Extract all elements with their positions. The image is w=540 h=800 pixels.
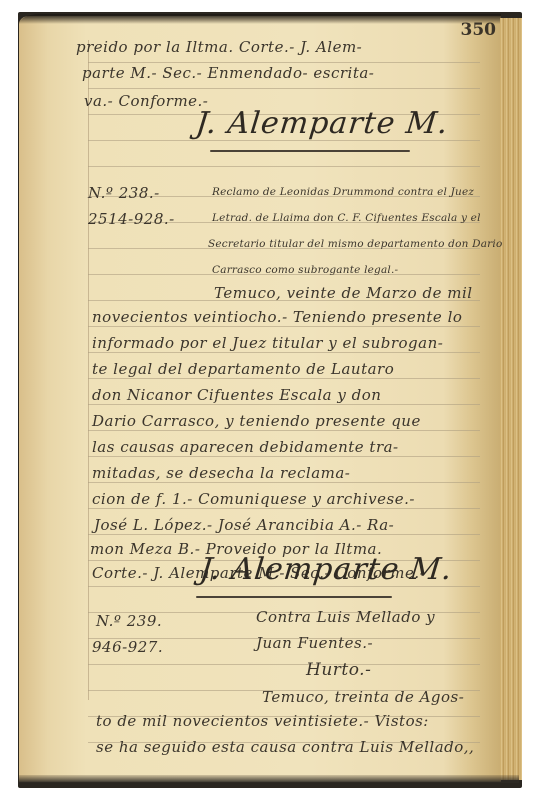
continuation-line: va.- Conforme.- [84,92,208,110]
entry-file-ref: 946-927. [92,638,163,656]
entry-body-line: don Nicanor Cifuentes Escala y don [92,386,381,404]
ruled-line [88,404,480,405]
page-number: 350 [461,20,497,40]
entry-subject-line: Carrasco como subrogante legal.- [212,264,398,276]
signature: J. Alemparte M. [194,106,450,141]
ruled-line [88,378,480,379]
entry-body-line: mitadas, se desecha la reclama- [92,464,350,482]
entry-subject-line: Contra Luis Mellado y [256,608,435,626]
ruled-line [88,456,480,457]
entry-body-line: informado por el Juez titular y el subro… [92,334,443,352]
entry-subject-line: Secretario titular del mismo departament… [208,238,502,250]
entry-file-ref: 2514-928.- [88,210,175,228]
continuation-line: parte M.- Sec.- Enmendado- escrita- [82,64,374,82]
ruled-line [88,508,480,509]
entry-subject-line: Juan Fuentes.- [256,634,373,652]
entry-body-line: se ha seguido esta causa contra Luis Mel… [96,738,474,756]
entry-body-line: Dario Carrasco, y teniendo presente que [92,412,421,430]
entry-number: N.º 238.- [88,184,160,202]
ruled-line [88,430,480,431]
page-edges [500,18,522,780]
entry-body-line: te legal del departamento de Lautaro [92,360,394,378]
entry-body-line: las causas aparecen debidamente tra- [92,438,399,456]
entry-subject-line: Hurto.- [306,660,371,680]
signature-underline [210,150,410,152]
entry-subject-line: Reclamo de Leonidas Drummond contra el J… [212,186,474,198]
entry-body-line: cion de f. 1.- Comuniquese y archivese.- [92,490,415,508]
ruled-line [88,664,480,665]
ruled-line [88,326,480,327]
ruled-line [88,166,480,167]
left-margin-rule [88,40,89,700]
page-top-shadow [19,14,501,24]
entry-subject-line: Letrad. de Llaima don C. F. Cifuentes Es… [212,212,481,224]
entry-body-line: novecientos veintiocho.- Teniendo presen… [92,308,462,326]
entry-number: N.º 239. [96,612,162,630]
continuation-line: preido por la Iltma. Corte.- J. Alem- [76,38,362,56]
page-bottom-shadow [19,775,519,783]
signature-underline [196,596,392,598]
ruled-line [88,88,480,89]
ruled-line [88,352,480,353]
ruled-line [88,482,480,483]
entry-body-line: Temuco, veinte de Marzo de mil [214,284,473,302]
entry-body-line: Temuco, treinta de Agos- [262,688,464,706]
signature: J. Alemparte M. [198,552,454,587]
ruled-line [88,534,480,535]
ruled-line [88,62,480,63]
entry-body-line: José L. López.- José Arancibia A.- Ra- [94,516,394,534]
entry-body-line: to de mil novecientos veintisiete.- Vist… [96,712,429,730]
